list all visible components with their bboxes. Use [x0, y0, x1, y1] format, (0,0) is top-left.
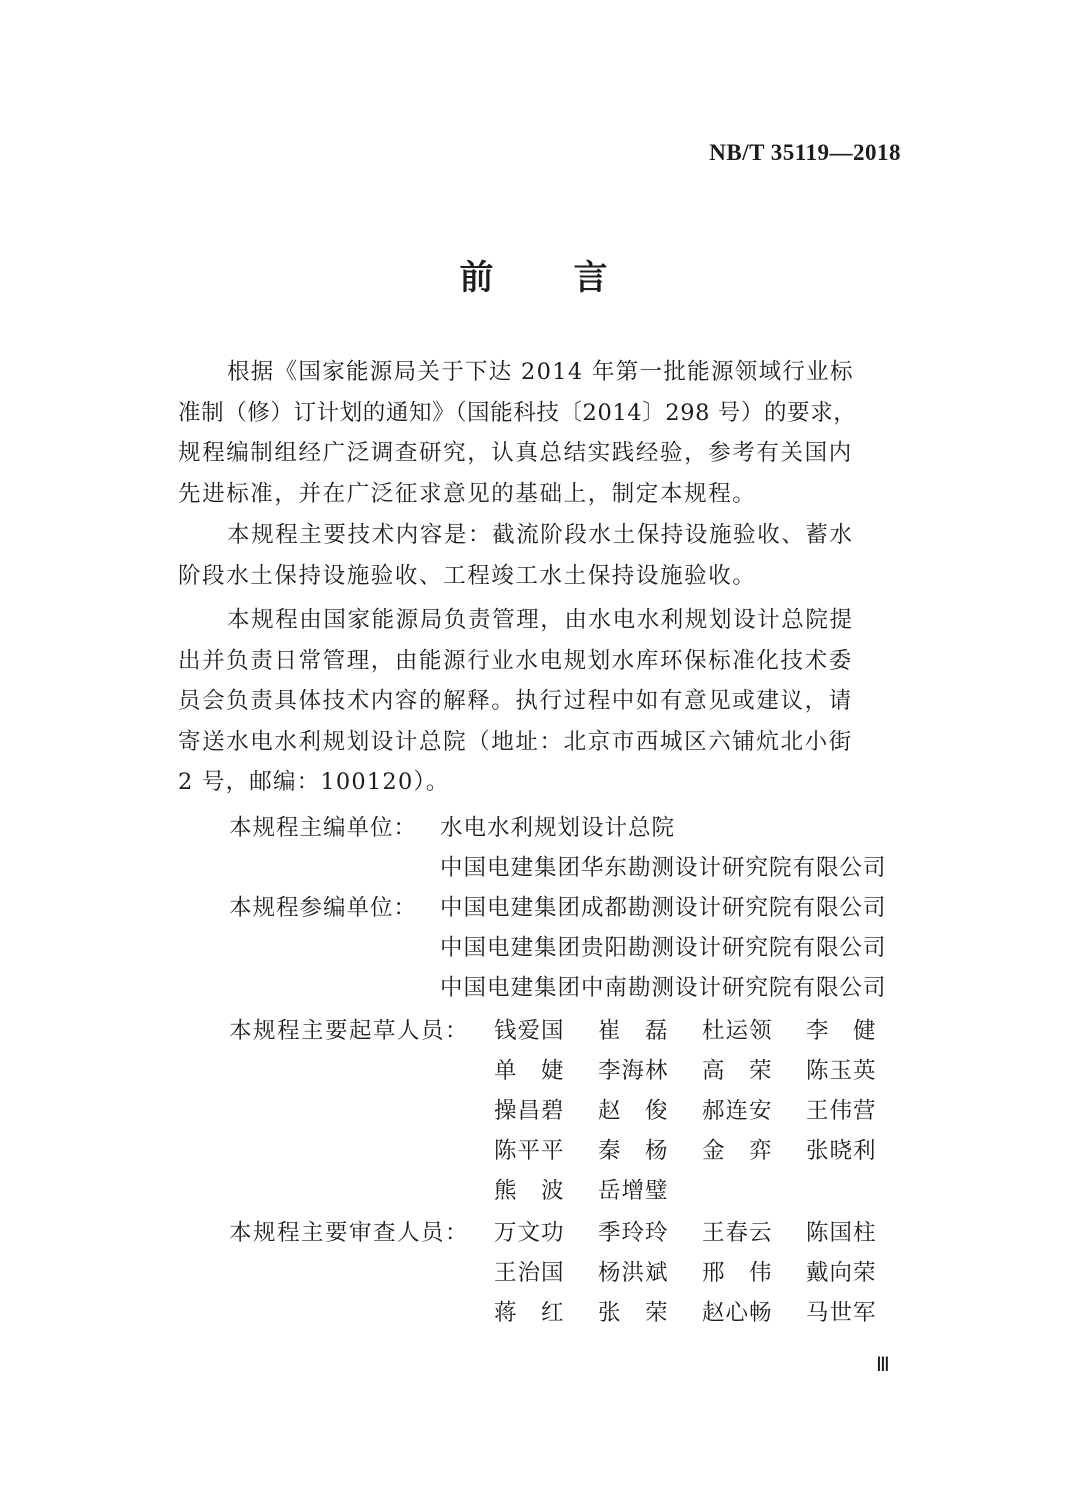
reviewer-name: 邢 伟	[702, 1255, 773, 1287]
drafter-name: 李 健	[806, 1013, 877, 1045]
drafter-name: 杜运领	[702, 1013, 773, 1045]
paragraph-line: 先进标准，并在广泛征求意见的基础上，制定本规程。	[178, 474, 904, 515]
reviewer-name: 赵心畅	[702, 1295, 773, 1327]
paragraph-line: 出并负责日常管理，由能源行业水电规划水库环保标准化技术委	[178, 641, 904, 682]
drafter-name: 操昌碧	[494, 1093, 565, 1125]
reviewers-section: 本规程主要审查人员： 万文功 季玲玲 王春云 陈国柱 王治国 杨洪斌 邢 伟 戴…	[0, 1215, 1067, 1335]
drafter-name: 岳增璧	[598, 1173, 669, 1205]
reviewer-name: 万文功	[494, 1215, 565, 1247]
reviewer-name: 杨洪斌	[598, 1255, 669, 1287]
chief-editor-unit: 水电水利规划设计总院	[440, 810, 675, 842]
drafter-name: 秦 杨	[598, 1133, 669, 1165]
drafters-section: 本规程主要起草人员： 钱爱国 崔 磊 杜运领 李 健 单 婕 李海林 高 荣 陈…	[0, 1013, 1067, 1213]
paragraph-line: 本规程由国家能源局负责管理，由水电水利规划设计总院提	[178, 600, 904, 641]
reviewer-name: 戴向荣	[806, 1255, 877, 1287]
reviewer-name: 王治国	[494, 1255, 565, 1287]
drafter-name: 单 婕	[494, 1053, 565, 1085]
reviewer-name: 张 荣	[598, 1295, 669, 1327]
reviewer-name: 蒋 红	[494, 1295, 565, 1327]
drafters-label: 本规程主要起草人员：	[229, 1013, 469, 1045]
drafter-name: 高 荣	[702, 1053, 773, 1085]
paragraph-line: 2 号，邮编：100120）。	[178, 762, 904, 803]
drafter-name: 熊 波	[494, 1173, 565, 1205]
paragraph-basis: 根据《国家能源局关于下达 2014 年第一批能源领域行业标 准制（修）订计划的通…	[178, 352, 904, 514]
paragraph-line: 本规程主要技术内容是：截流阶段水土保持设施验收、蓄水	[178, 515, 904, 556]
chief-editors-label: 本规程主编单位：	[229, 810, 417, 842]
chief-editor-unit: 中国电建集团华东勘测设计研究院有限公司	[440, 850, 887, 882]
participating-unit: 中国电建集团成都勘测设计研究院有限公司	[440, 890, 887, 922]
page-title: 前言	[0, 250, 1067, 299]
paragraph-line: 阶段水土保持设施验收、工程竣工水土保持设施验收。	[178, 556, 904, 597]
drafter-name: 钱爱国	[494, 1013, 565, 1045]
drafter-name: 张晓利	[806, 1133, 877, 1165]
drafter-name: 赵 俊	[598, 1093, 669, 1125]
paragraph-line: 员会负责具体技术内容的解释。执行过程中如有意见或建议，请	[178, 681, 904, 722]
paragraph-line: 规程编制组经广泛调查研究，认真总结实践经验，参考有关国内	[178, 433, 904, 474]
reviewer-name: 马世军	[806, 1295, 877, 1327]
paragraph-management: 本规程由国家能源局负责管理，由水电水利规划设计总院提 出并负责日常管理，由能源行…	[178, 600, 904, 803]
drafter-name: 李海林	[598, 1053, 669, 1085]
reviewer-name: 陈国柱	[806, 1215, 877, 1247]
participating-editors-section: 本规程参编单位： 中国电建集团成都勘测设计研究院有限公司 中国电建集团贵阳勘测设…	[0, 890, 1067, 1010]
standard-code: NB/T 35119—2018	[709, 140, 901, 166]
reviewers-label: 本规程主要审查人员：	[229, 1215, 469, 1247]
drafter-name: 郝连安	[702, 1093, 773, 1125]
drafter-name: 陈平平	[494, 1133, 565, 1165]
drafter-name: 王伟营	[806, 1093, 877, 1125]
participating-unit: 中国电建集团贵阳勘测设计研究院有限公司	[440, 930, 887, 962]
chief-editors-section: 本规程主编单位： 水电水利规划设计总院 中国电建集团华东勘测设计研究院有限公司	[0, 810, 1067, 890]
reviewer-name: 季玲玲	[598, 1215, 669, 1247]
paragraph-line: 寄送水电水利规划设计总院（地址：北京市西城区六铺炕北小街	[178, 722, 904, 763]
participating-unit: 中国电建集团中南勘测设计研究院有限公司	[440, 970, 887, 1002]
paragraph-line: 准制（修）订计划的通知》（国能科技〔2014〕298 号）的要求，	[178, 393, 904, 434]
drafter-name: 陈玉英	[806, 1053, 877, 1085]
drafter-name: 金 弈	[702, 1133, 773, 1165]
page-number: Ⅲ	[876, 1352, 890, 1377]
paragraph-line: 根据《国家能源局关于下达 2014 年第一批能源领域行业标	[178, 352, 904, 393]
paragraph-content: 本规程主要技术内容是：截流阶段水土保持设施验收、蓄水 阶段水土保持设施验收、工程…	[178, 515, 904, 596]
drafter-name: 崔 磊	[598, 1013, 669, 1045]
participating-editors-label: 本规程参编单位：	[229, 890, 417, 922]
reviewer-name: 王春云	[702, 1215, 773, 1247]
